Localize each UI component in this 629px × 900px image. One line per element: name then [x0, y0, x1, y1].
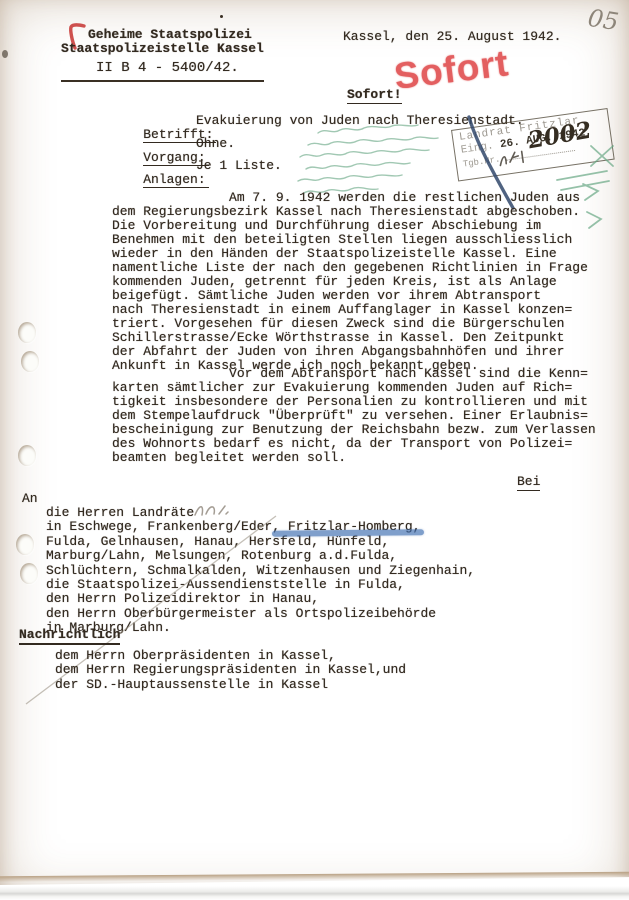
nachrichtlich-recipients: dem Herrn Oberpräsidenten in Kassel, dem…	[55, 649, 406, 692]
nachrichtlich-label-text: Nachrichtlich	[19, 627, 120, 645]
scanned-document-page: Geheime Staatspolizei Staatspolizeistell…	[0, 0, 629, 900]
nachrichtlich-label: Nachrichtlich	[19, 628, 120, 642]
pencil-diagonal-line	[0, 0, 629, 900]
